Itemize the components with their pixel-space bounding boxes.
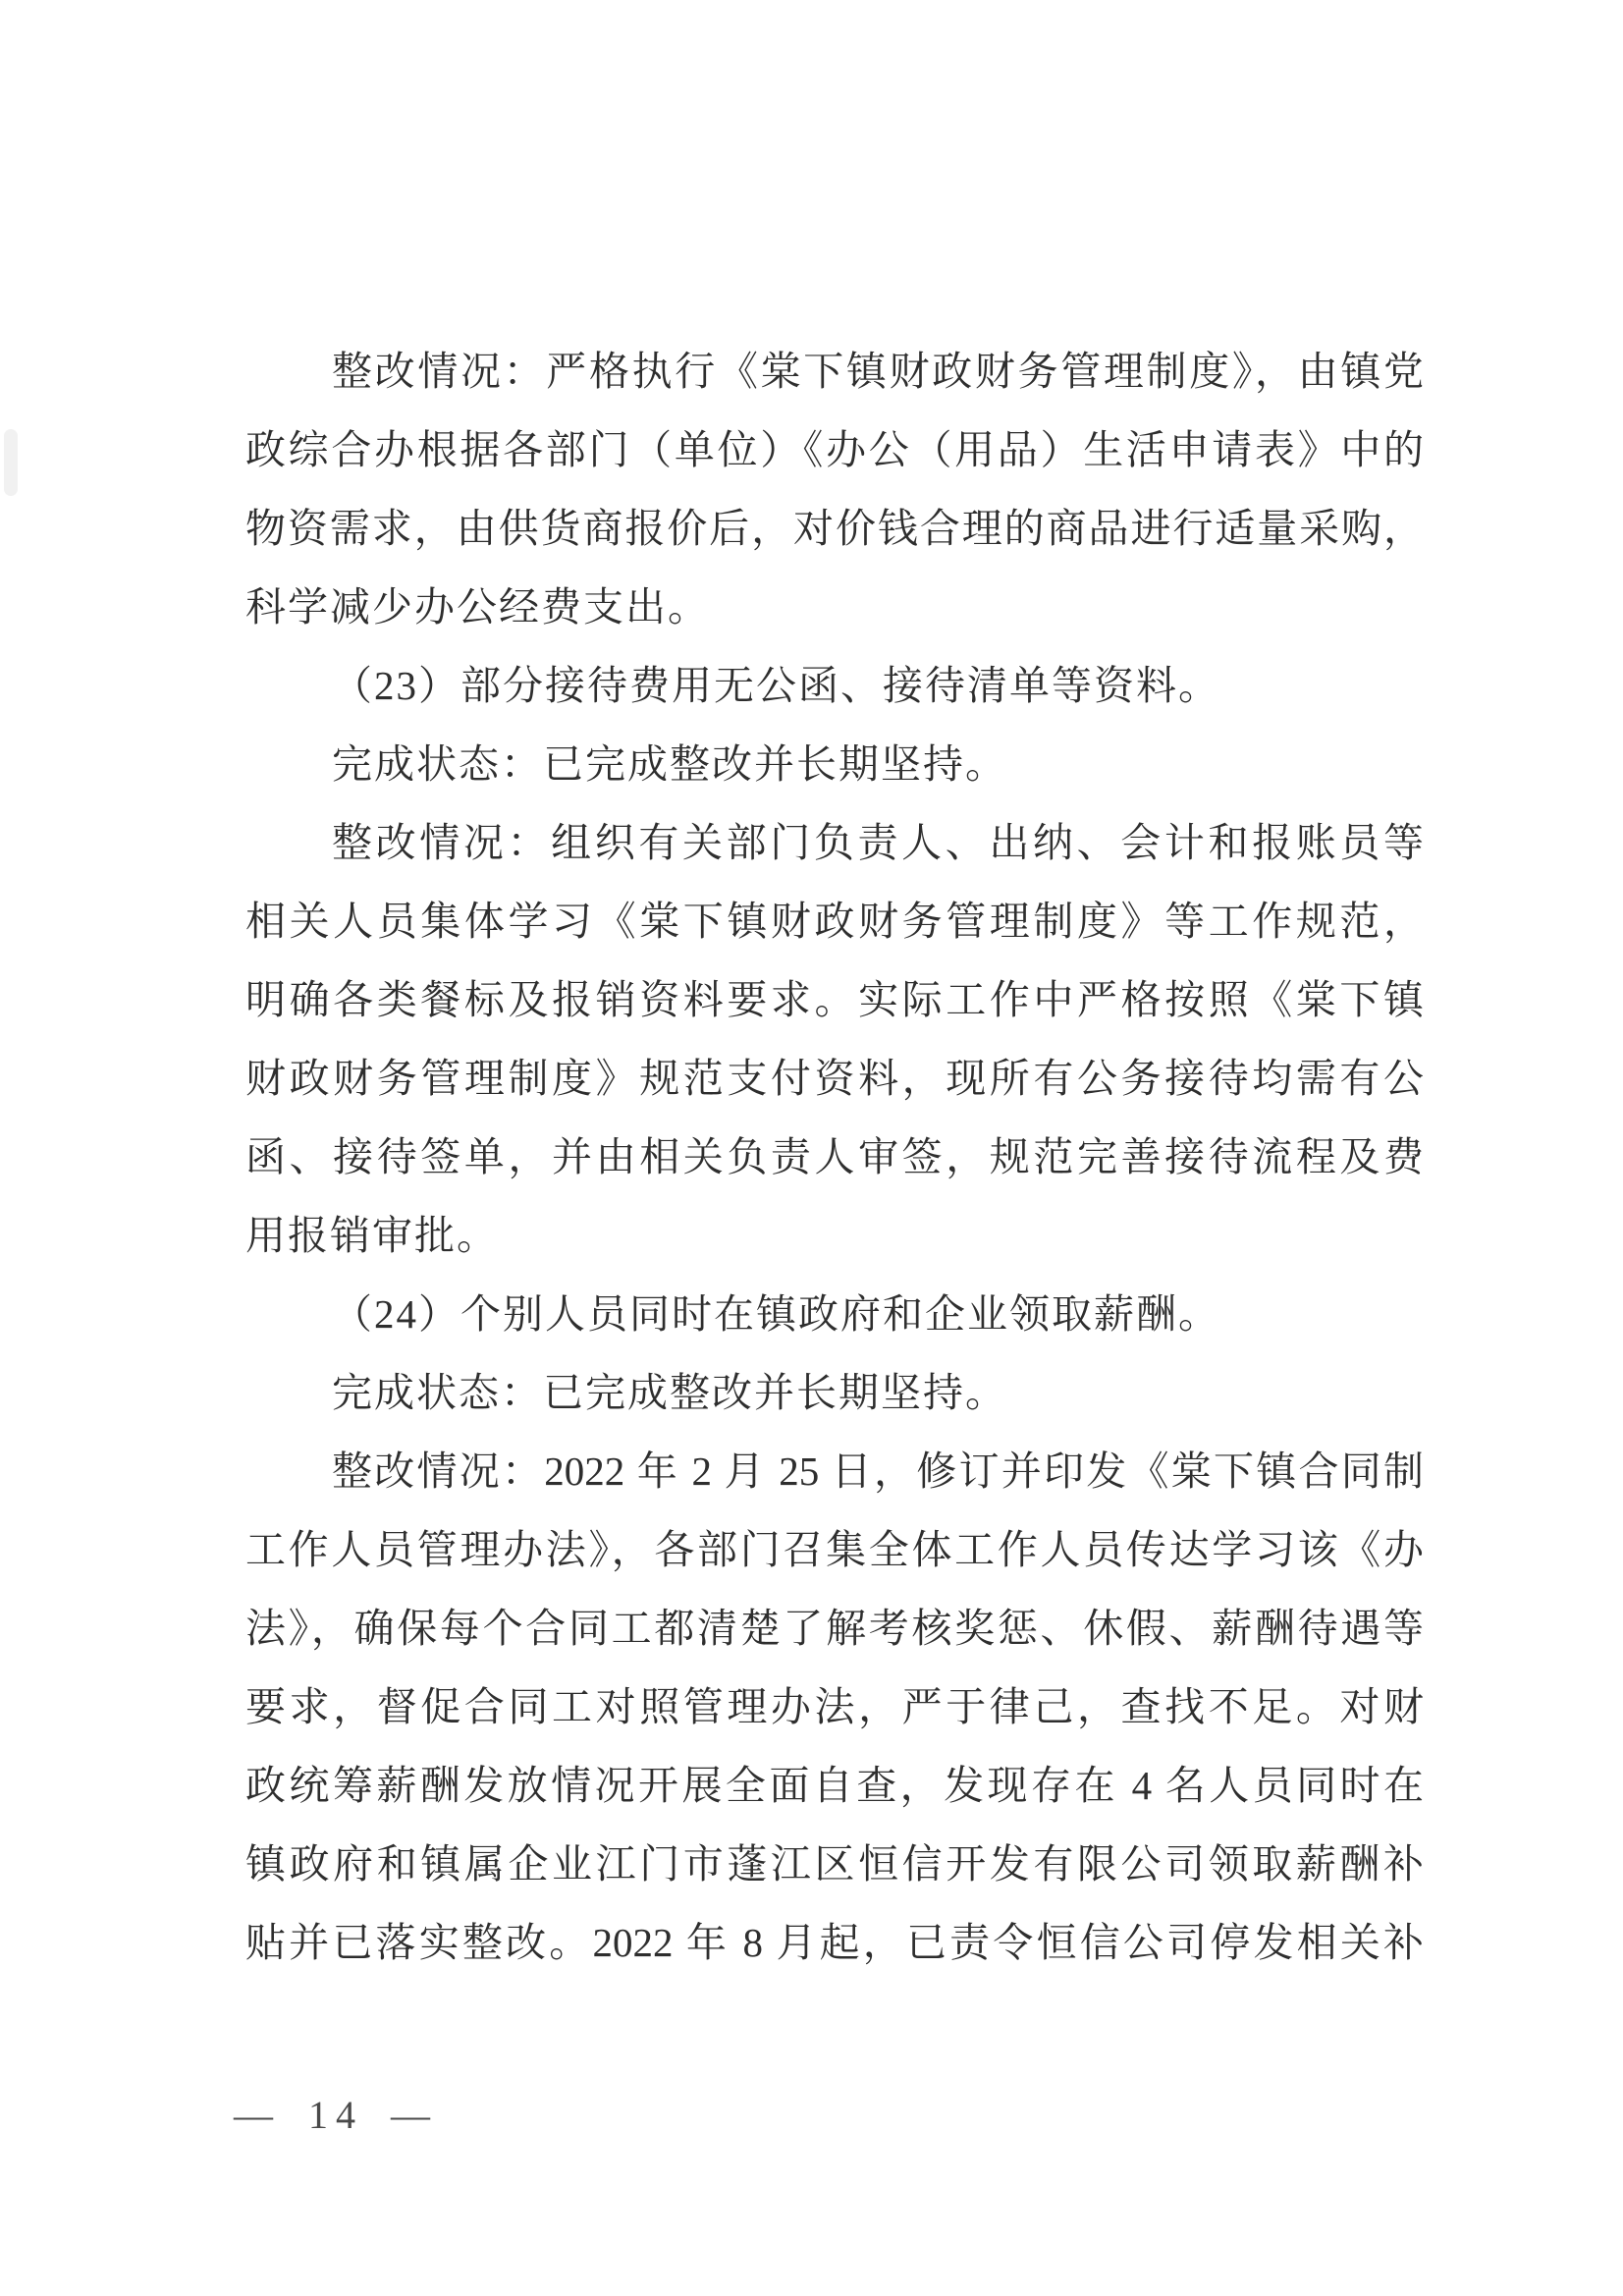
text-line: 物资需求，由供货商报价后，对价钱合理的商品进行适量采购， (245, 489, 1424, 568)
text-line: 用报销审批。 (245, 1196, 1424, 1275)
text-line: 整改情况：2022 年 2 月 25 日，修订并印发《棠下镇合同制 (245, 1432, 1424, 1510)
text-line: 政综合办根据各部门（单位）《办公（用品）生活申请表》中的 (245, 410, 1424, 489)
text-line: 法》，确保每个合同工都清楚了解考核奖惩、休假、薪酬待遇等 (245, 1589, 1424, 1667)
page-number: — 14 — (234, 2090, 438, 2141)
text-line: 政统筹薪酬发放情况开展全面自查，发现存在 4 名人员同时在 (245, 1746, 1424, 1825)
text-line: 贴并已落实整改。2022 年 8 月起，已责令恒信公司停发相关补 (245, 1903, 1424, 1982)
text-line: 财政财务管理制度》规范支付资料，现所有公务接待均需有公 (245, 1039, 1424, 1118)
text-line: 明确各类餐标及报销资料要求。实际工作中严格按照《棠下镇 (245, 960, 1424, 1039)
text-line: 完成状态：已完成整改并长期坚持。 (245, 725, 1424, 803)
text-line: 整改情况：组织有关部门负责人、出纳、会计和报账员等 (245, 803, 1424, 882)
text-line: 整改情况：严格执行《棠下镇财政财务管理制度》，由镇党 (245, 332, 1424, 410)
text-line: 工作人员管理办法》，各部门召集全体工作人员传达学习该《办 (245, 1510, 1424, 1589)
text-line: 要求，督促合同工对照管理办法，严于律己，查找不足。对财 (245, 1667, 1424, 1746)
scan-artifact (4, 429, 18, 496)
text-line: （24）个别人员同时在镇政府和企业领取薪酬。 (245, 1275, 1424, 1353)
text-line: 相关人员集体学习《棠下镇财政财务管理制度》等工作规范， (245, 882, 1424, 960)
text-line: 函、接待签单，并由相关负责人审签，规范完善接待流程及费 (245, 1118, 1424, 1196)
text-line: 镇政府和镇属企业江门市蓬江区恒信开发有限公司领取薪酬补 (245, 1825, 1424, 1903)
text-line: 完成状态：已完成整改并长期坚持。 (245, 1353, 1424, 1432)
document-body: 整改情况：严格执行《棠下镇财政财务管理制度》，由镇党 政综合办根据各部门（单位）… (245, 332, 1424, 1982)
text-line: （23）部分接待费用无公函、接待清单等资料。 (245, 646, 1424, 725)
document-page: 整改情况：严格执行《棠下镇财政财务管理制度》，由镇党 政综合办根据各部门（单位）… (0, 0, 1623, 2296)
text-line: 科学减少办公经费支出。 (245, 568, 1424, 646)
